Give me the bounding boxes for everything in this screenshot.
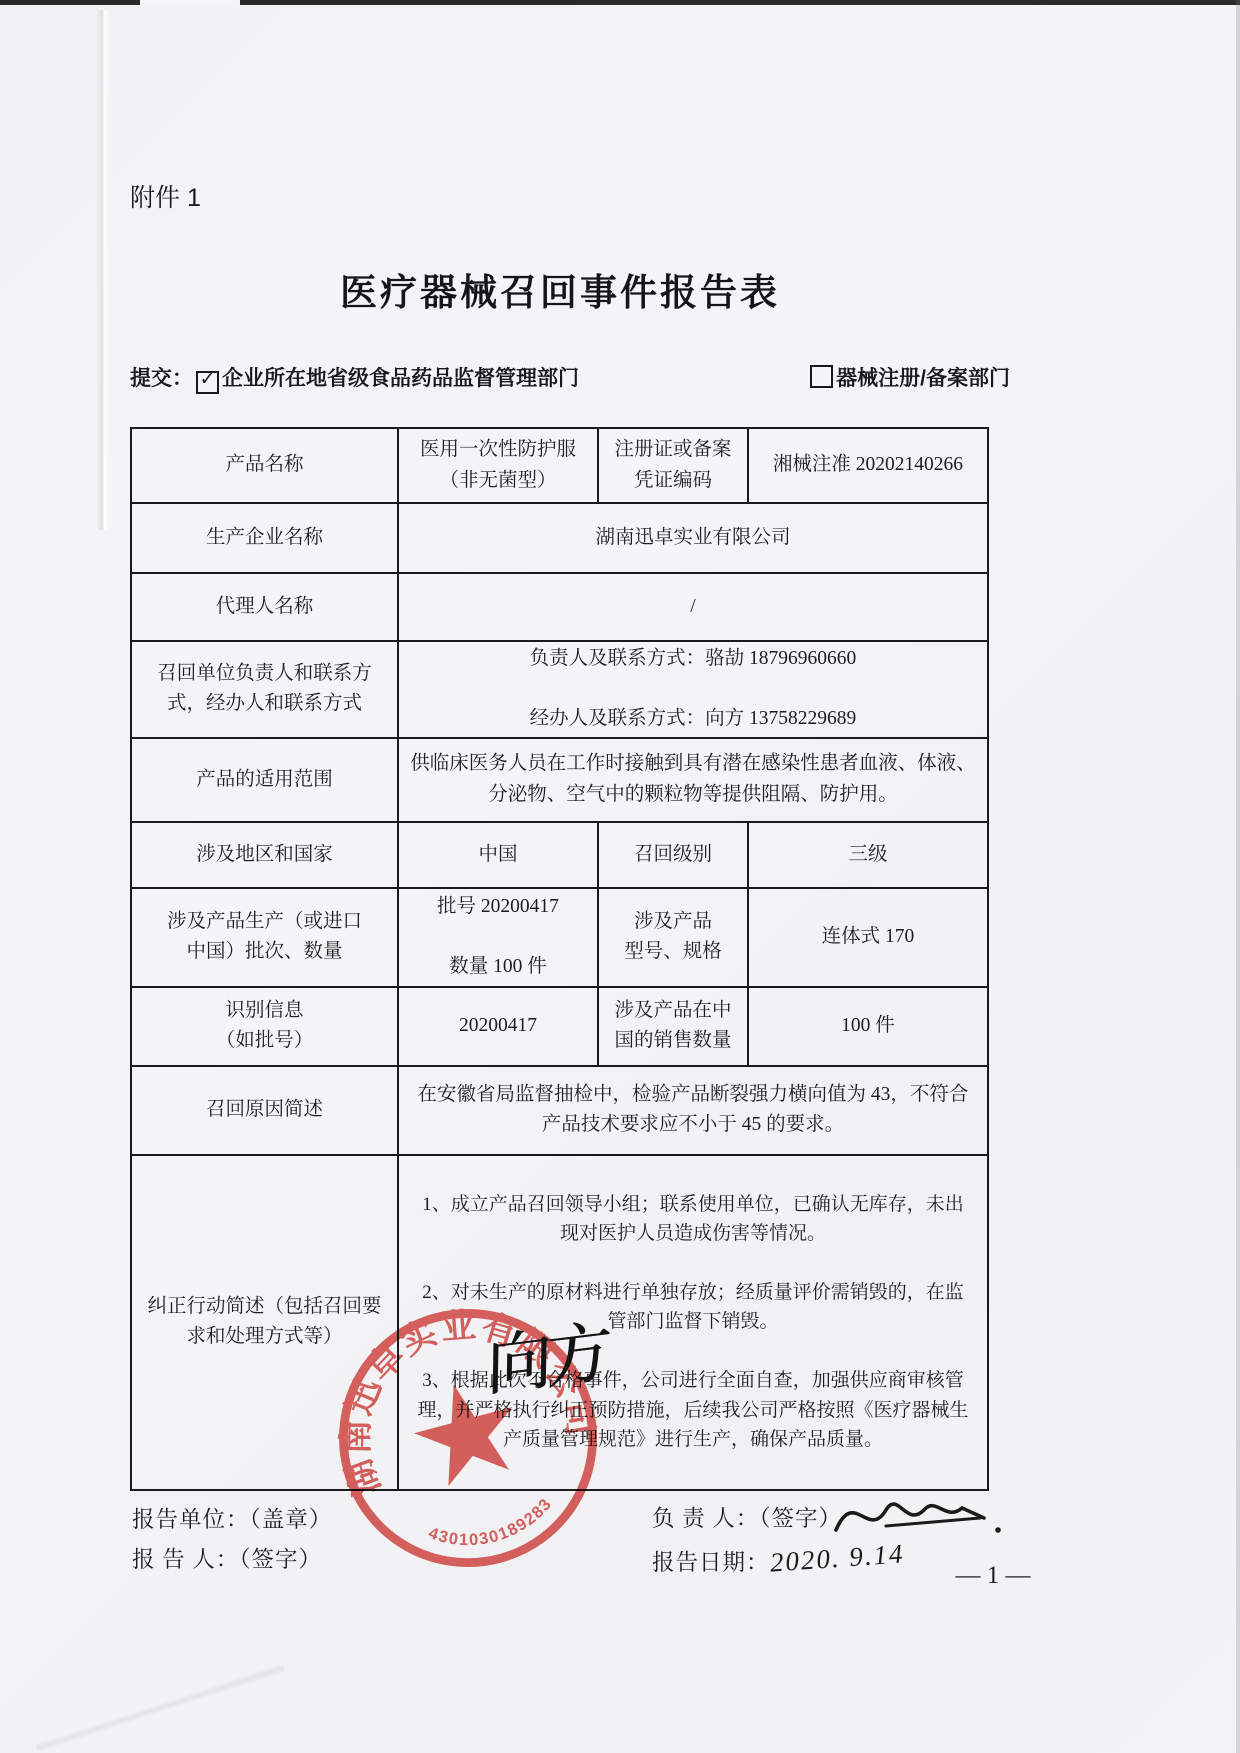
attachment-label: 附件 1 (130, 178, 201, 214)
sales-label: 涉及产品在中 国的销售数量 (598, 987, 748, 1066)
reporter-handwritten-signature: 向方 (486, 1298, 607, 1409)
table-row: 代理人名称 / (131, 573, 988, 641)
page-number: — 1 — (918, 1562, 1068, 1590)
table-row: 产品名称 医用一次性防护服 （非无菌型） 注册证或备案 凭证编码 湘械注准 20… (131, 428, 988, 503)
batch-value: 批号 20200417 数量 100 件 (398, 888, 598, 987)
table-row: 生产企业名称 湖南迅卓实业有限公司 (131, 503, 988, 573)
model-value: 连体式 170 (748, 888, 988, 987)
agent-label: 代理人名称 (131, 573, 398, 641)
checkbox-unchecked-icon (810, 365, 833, 388)
manufacturer-value: 湖南迅卓实业有限公司 (398, 503, 988, 573)
page-title: 医疗器械召回事件报告表 (0, 262, 1120, 316)
submit-option-registration: 器械注册/备案部门 (807, 362, 1010, 392)
reason-value: 在安徽省局监督抽检中，检验产品断裂强力横向值为 43，不符合 产品技术要求应不小… (398, 1066, 988, 1155)
reason-label: 召回原因简述 (131, 1066, 398, 1155)
scan-right-edge (1236, 0, 1240, 1753)
scope-value: 供临床医务人员在工作时接触到具有潜在感染性患者血液、体液、 分泌物、空气中的颗粒… (398, 738, 988, 822)
model-label: 涉及产品 型号、规格 (598, 888, 748, 987)
submit-option-provincial-label: 企业所在地省级食品药品监督管理部门 (222, 367, 579, 390)
table-row: 识别信息 （如批号） 20200417 涉及产品在中 国的销售数量 100 件 (131, 987, 988, 1066)
submit-option-registration-label: 器械注册/备案部门 (836, 367, 1010, 390)
table-row: 涉及产品生产（或进口 中国）批次、数量 批号 20200417 数量 100 件… (131, 888, 988, 987)
submit-label: 提交： (130, 367, 193, 390)
responsible-handwritten-signature (828, 1478, 1008, 1558)
table-row: 涉及地区和国家 中国 召回级别 三级 (131, 822, 988, 888)
scope-label: 产品的适用范围 (131, 738, 398, 822)
table-row: 召回原因简述 在安徽省局监督抽检中，检验产品断裂强力横向值为 43，不符合 产品… (131, 1066, 988, 1155)
recall-level-label: 召回级别 (598, 822, 748, 888)
submit-line: 提交：✓企业所在地省级食品药品监督管理部门 器械注册/备案部门 (130, 362, 1010, 392)
reporter-label: 报 告 人：（签字） (132, 1540, 332, 1580)
contacts-label: 召回单位负责人和联系方 式，经办人和联系方式 (131, 641, 398, 738)
product-name-value: 医用一次性防护服 （非无菌型） (398, 428, 598, 503)
registration-label: 注册证或备案 凭证编码 (598, 428, 748, 503)
region-value: 中国 (398, 822, 598, 888)
registration-value: 湘械注准 20202140266 (748, 428, 988, 503)
recall-level-value: 三级 (748, 822, 988, 888)
batch-label: 涉及产品生产（或进口 中国）批次、数量 (131, 888, 398, 987)
report-date-label: 报告日期： (652, 1550, 770, 1575)
id-label: 识别信息 （如批号） (131, 987, 398, 1066)
report-unit-label: 报告单位：（盖章） (132, 1500, 332, 1540)
submit-option-provincial: 提交：✓企业所在地省级食品药品监督管理部门 (130, 362, 579, 392)
contacts-value: 负责人及联系方式：骆劼 18796960660 经办人及联系方式：向方 1375… (398, 641, 988, 738)
scan-top-edge-gap (140, 0, 240, 6)
id-value: 20200417 (398, 987, 598, 1066)
checkbox-checked-icon: ✓ (196, 371, 219, 394)
table-row: 产品的适用范围 供临床医务人员在工作时接触到具有潜在感染性患者血液、体液、 分泌… (131, 738, 988, 822)
table-row: 召回单位负责人和联系方 式，经办人和联系方式 负责人及联系方式：骆劼 18796… (131, 641, 988, 738)
manufacturer-label: 生产企业名称 (131, 503, 398, 573)
agent-value: / (398, 573, 988, 641)
seal-serial-number: 4301030189283 (422, 1491, 561, 1562)
footer-left-block: 报告单位：（盖章） 报 告 人：（签字） (132, 1500, 332, 1580)
sales-value: 100 件 (748, 987, 988, 1066)
product-name-label: 产品名称 (131, 428, 398, 503)
region-label: 涉及地区和国家 (131, 822, 398, 888)
